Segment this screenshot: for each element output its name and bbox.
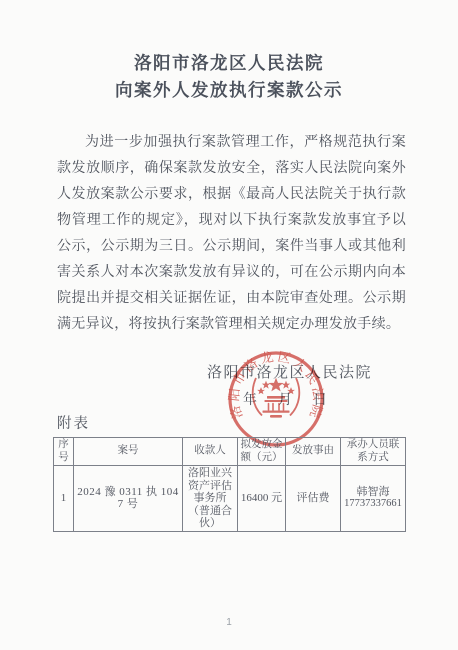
- disbursement-table: 序号 案号 收款人 拟发放金额（元） 发放事由 承办人员联系方式 1 2024 …: [53, 437, 406, 532]
- scanned-court-notice-page: 洛阳市洛龙区人民法院 向案外人发放执行案款公示 为进一步加强执行案款管理工作，严…: [0, 0, 458, 650]
- cell-payee: 洛阳业兴资产评估事务所（普通合伙）: [183, 466, 238, 532]
- handler-name: 韩智海: [343, 486, 403, 499]
- handler-phone: 17737337661: [343, 498, 403, 511]
- court-seal-stamp-icon: 洛阳市洛龙区人民法院: [226, 349, 326, 449]
- notice-title-line2: 向案外人发放执行案款公示: [0, 77, 458, 104]
- header-amount: 拟发放金额（元）: [238, 438, 286, 466]
- cell-amount: 16400 元: [238, 466, 286, 532]
- table-row: 1 2024 豫 0311 执 1047 号 洛阳业兴资产评估事务所（普通合伙）…: [54, 466, 406, 532]
- notice-body-paragraph: 为进一步加强执行案款管理工作，严格规范执行案款发放顺序，确保案款发放安全，落实人…: [57, 130, 406, 338]
- cell-handler-contact: 韩智海 17737337661: [341, 466, 406, 532]
- cell-case-no: 2024 豫 0311 执 1047 号: [74, 466, 183, 532]
- page-number: 1: [0, 617, 458, 628]
- header-handler-contact: 承办人员联系方式: [341, 438, 406, 466]
- notice-title-line1: 洛阳市洛龙区人民法院: [0, 50, 458, 77]
- header-payee: 收款人: [183, 438, 238, 466]
- header-case-no: 案号: [74, 438, 183, 466]
- header-seq: 序号: [54, 438, 74, 466]
- header-reason: 发放事由: [286, 438, 341, 466]
- cell-seq: 1: [54, 466, 74, 532]
- cell-reason: 评估费: [286, 466, 341, 532]
- notice-title: 洛阳市洛龙区人民法院 向案外人发放执行案款公示: [0, 50, 458, 104]
- table-header-row: 序号 案号 收款人 拟发放金额（元） 发放事由 承办人员联系方式: [54, 438, 406, 466]
- national-emblem-icon: [253, 378, 300, 418]
- attachment-table-label: 附表: [57, 412, 90, 433]
